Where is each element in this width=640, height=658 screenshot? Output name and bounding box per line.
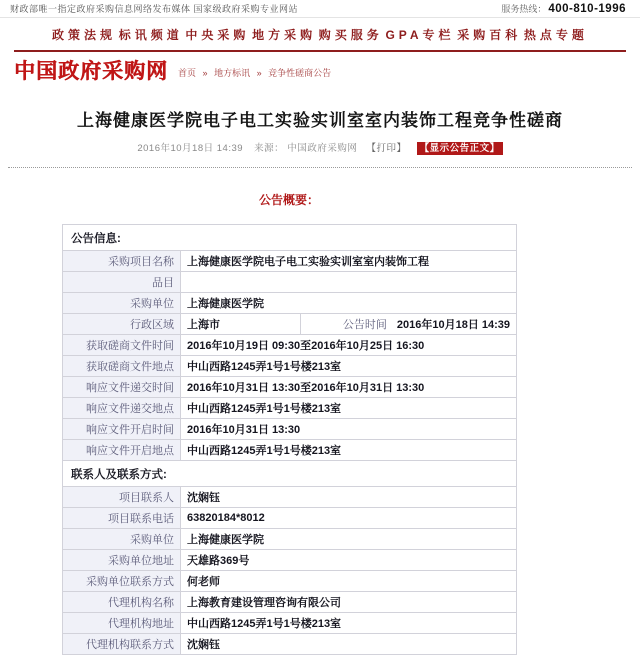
row-label-cell: 响应文件递交时间	[63, 377, 181, 398]
row-label-cell: 采购单位地址	[63, 550, 181, 571]
row-label-cell: 获取磋商文件时间	[63, 335, 181, 356]
hotline-label: 服务热线：	[501, 2, 546, 15]
publish-datetime: 2016年10月18日 14:39	[137, 143, 243, 154]
section-header-cell: 联系人及联系方式:	[63, 461, 517, 487]
nav-item-policy[interactable]: 政策法规	[52, 26, 116, 43]
row-label-cell: 响应文件开启时间	[63, 419, 181, 440]
nav-item-central-procurement[interactable]: 中央采购	[185, 26, 249, 43]
notice-summary-table: 公告信息: 采购项目名称 上海健康医学院电子电工实验实训室室内装饰工程 品目 采…	[62, 224, 517, 655]
article-meta: 2016年10月18日 14:39 来源： 中国政府采购网 【打印】 【显示公告…	[0, 140, 640, 154]
section-header-cell: 公告信息:	[63, 225, 517, 251]
logo-row: 中国政府采购网 首页 » 地方标讯 » 竞争性磋商公告	[14, 61, 640, 82]
breadcrumb-channel-link[interactable]: 地方标讯	[214, 68, 250, 78]
row-label-cell: 项目联系电话	[63, 508, 181, 529]
table-row: 获取磋商文件时间 2016年10月19日 09:30至2016年10月25日 1…	[63, 335, 517, 356]
row-value-cell: 上海健康医学院电子电工实验实训室室内装饰工程	[181, 251, 517, 272]
nav-item-hot-topics[interactable]: 热点专题	[524, 26, 588, 43]
row-value-cell: 中山西路1245弄1号1号楼213室	[181, 356, 517, 377]
breadcrumb-home-link[interactable]: 首页	[178, 68, 196, 78]
table-row: 采购单位联系方式 何老师	[63, 571, 517, 592]
row-label-cell: 品目	[63, 272, 181, 293]
row-value-cell: 上海健康医学院	[181, 293, 517, 314]
row-value-cell: 上海教育建设管理咨询有限公司	[181, 592, 517, 613]
breadcrumb-separator: »	[257, 68, 262, 78]
nav-item-purchase-services[interactable]: 购买服务	[319, 26, 383, 43]
table-section-row: 公告信息:	[63, 225, 517, 251]
row-value-cell	[181, 272, 517, 293]
row-value-cell: 中山西路1245弄1号1号楼213室	[181, 440, 517, 461]
row-label-cell: 行政区域	[63, 314, 181, 335]
dotted-divider	[8, 167, 632, 168]
source-label: 来源：	[254, 143, 284, 154]
table-row: 采购项目名称 上海健康医学院电子电工实验实训室室内装饰工程	[63, 251, 517, 272]
table-row: 采购单位地址 天雄路369号	[63, 550, 517, 571]
row-value-cell: 2016年10月31日 13:30至2016年10月31日 13:30	[181, 377, 517, 398]
table-row: 响应文件开启时间 2016年10月31日 13:30	[63, 419, 517, 440]
row-label-cell: 代理机构名称	[63, 592, 181, 613]
table-row: 响应文件开启地点 中山西路1245弄1号1号楼213室	[63, 440, 517, 461]
table-row: 代理机构联系方式 沈娴钰	[63, 634, 517, 655]
nav-underline	[14, 50, 626, 52]
row-label-cell: 获取磋商文件地点	[63, 356, 181, 377]
row-label-cell: 代理机构地址	[63, 613, 181, 634]
breadcrumb-separator: »	[203, 68, 208, 78]
table-row: 采购单位 上海健康医学院	[63, 529, 517, 550]
table-row: 项目联系人 沈娴钰	[63, 487, 517, 508]
row-value-cell: 63820184*8012	[181, 508, 517, 529]
row-value-cell: 中山西路1245弄1号1号楼213室	[181, 398, 517, 419]
row-value-cell: 上海健康医学院	[181, 529, 517, 550]
summary-heading: 公告概要：	[62, 191, 516, 208]
service-hotline: 服务热线： 400-810-1996	[501, 2, 626, 15]
row-label-cell: 采购单位联系方式	[63, 571, 181, 592]
table-row: 采购单位 上海健康医学院	[63, 293, 517, 314]
publish-time-label: 公告时间	[343, 319, 387, 331]
table-row: 获取磋商文件地点 中山西路1245弄1号1号楼213室	[63, 356, 517, 377]
table-row: 代理机构地址 中山西路1245弄1号1号楼213室	[63, 613, 517, 634]
site-logo[interactable]: 中国政府采购网	[14, 61, 168, 82]
hotline-number: 400-810-1996	[548, 3, 626, 15]
source-name: 中国政府采购网	[287, 143, 357, 154]
row-label-cell: 项目联系人	[63, 487, 181, 508]
main-nav: 政策法规 标讯频道 中央采购 地方采购 购买服务 GPA专栏 采购百科 热点专题	[0, 18, 640, 48]
nav-item-bid-channel[interactable]: 标讯频道	[119, 26, 183, 43]
publish-time-cell: 公告时间2016年10月18日 14:39	[301, 314, 517, 335]
row-label-cell: 响应文件开启地点	[63, 440, 181, 461]
table-row: 项目联系电话 63820184*8012	[63, 508, 517, 529]
row-value-cell: 沈娴钰	[181, 634, 517, 655]
row-value-cell: 2016年10月31日 13:30	[181, 419, 517, 440]
row-value-cell: 2016年10月19日 09:30至2016年10月25日 16:30	[181, 335, 517, 356]
nav-item-procurement-wiki[interactable]: 采购百科	[457, 26, 521, 43]
row-value-cell: 何老师	[181, 571, 517, 592]
row-value-cell: 中山西路1245弄1号1号楼213室	[181, 613, 517, 634]
table-row: 代理机构名称 上海教育建设管理咨询有限公司	[63, 592, 517, 613]
top-utility-bar: 财政部唯一指定政府采购信息网络发布媒体 国家级政府采购专业网站 服务热线： 40…	[0, 0, 640, 18]
row-value-cell: 沈娴钰	[181, 487, 517, 508]
row-label-cell: 采购项目名称	[63, 251, 181, 272]
row-value-cell: 天雄路369号	[181, 550, 517, 571]
row-label-cell: 采购单位	[63, 529, 181, 550]
site-slogan: 财政部唯一指定政府采购信息网络发布媒体 国家级政府采购专业网站	[10, 2, 298, 15]
breadcrumb: 首页 » 地方标讯 » 竞争性磋商公告	[178, 66, 331, 79]
table-row: 响应文件递交时间 2016年10月31日 13:30至2016年10月31日 1…	[63, 377, 517, 398]
table-row: 行政区域 上海市 公告时间2016年10月18日 14:39	[63, 314, 517, 335]
breadcrumb-current: 竞争性磋商公告	[268, 68, 331, 78]
nav-item-gpa-column[interactable]: GPA专栏	[385, 26, 454, 43]
row-label-cell: 采购单位	[63, 293, 181, 314]
table-row: 响应文件递交地点 中山西路1245弄1号1号楼213室	[63, 398, 517, 419]
nav-item-local-procurement[interactable]: 地方采购	[252, 26, 316, 43]
row-label-cell: 响应文件递交地点	[63, 398, 181, 419]
row-value-cell: 上海市	[181, 314, 301, 335]
table-section-row: 联系人及联系方式:	[63, 461, 517, 487]
page-title: 上海健康医学院电子电工实验实训室室内装饰工程竞争性磋商	[0, 106, 640, 131]
table-row: 品目	[63, 272, 517, 293]
row-label-cell: 代理机构联系方式	[63, 634, 181, 655]
show-full-notice-button[interactable]: 【显示公告正文】	[417, 142, 503, 155]
print-button[interactable]: 【打印】	[366, 143, 406, 154]
publish-time-value: 2016年10月18日 14:39	[397, 319, 510, 331]
